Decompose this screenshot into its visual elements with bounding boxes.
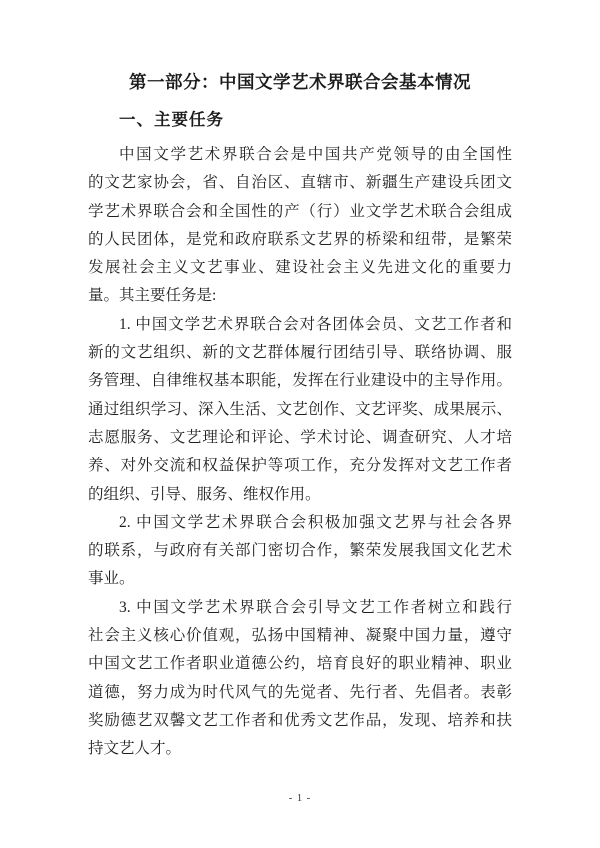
text-line: 社会主义核心价值观，弘扬中国精神、凝聚中国力量，遵守 bbox=[88, 622, 512, 650]
section-heading: 一、主要任务 bbox=[88, 107, 512, 133]
text-line: 的文艺家协会，省、自治区、直辖市、新疆生产建设兵团文 bbox=[88, 169, 512, 197]
text-line: 的组织、引导、服务、维权作用。 bbox=[88, 481, 512, 509]
text-line: 中国文学艺术界联合会是中国共产党领导的由全国性 bbox=[88, 141, 512, 169]
page-content: 第一部分：中国文学艺术界联合会基本情况 一、主要任务 中国文学艺术界联合会是中国… bbox=[0, 0, 600, 764]
text-line: 发展社会主义文艺事业、建设社会主义先进文化的重要力 bbox=[88, 254, 512, 282]
page-number: - 1 - bbox=[0, 793, 600, 804]
body-text: 中国文学艺术界联合会是中国共产党领导的由全国性的文艺家协会，省、自治区、直辖市、… bbox=[88, 141, 512, 764]
paragraph-2: 1. 中国文学艺术界联合会对各团体会员、文艺工作者和新的文艺组织、新的文艺群体履… bbox=[88, 311, 512, 509]
text-line: 学艺术界联合会和全国性的产（行）业文学艺术联合会组成 bbox=[88, 198, 512, 226]
text-line: 2. 中国文学艺术界联合会积极加强文艺界与社会各界 bbox=[88, 509, 512, 537]
text-line: 3. 中国文学艺术界联合会引导文艺工作者树立和践行 bbox=[88, 594, 512, 622]
paragraph-1: 中国文学艺术界联合会是中国共产党领导的由全国性的文艺家协会，省、自治区、直辖市、… bbox=[88, 141, 512, 311]
text-line: 持文艺人才。 bbox=[88, 735, 512, 763]
text-line: 事业。 bbox=[88, 565, 512, 593]
page-title: 第一部分：中国文学艺术界联合会基本情况 bbox=[88, 70, 512, 94]
text-line: 道德，努力成为时代风气的先觉者、先行者、先倡者。表彰 bbox=[88, 679, 512, 707]
paragraph-3: 2. 中国文学艺术界联合会积极加强文艺界与社会各界的联系，与政府有关部门密切合作… bbox=[88, 509, 512, 594]
text-line: 志愿服务、文艺理论和评论、学术讨论、调查研究、人才培 bbox=[88, 424, 512, 452]
text-line: 量。其主要任务是: bbox=[88, 282, 512, 310]
document-page: 第一部分：中国文学艺术界联合会基本情况 一、主要任务 中国文学艺术界联合会是中国… bbox=[0, 0, 600, 848]
text-line: 奖励德艺双馨文艺工作者和优秀文艺作品，发现、培养和扶 bbox=[88, 707, 512, 735]
text-line: 的人民团体，是党和政府联系文艺界的桥梁和纽带，是繁荣 bbox=[88, 226, 512, 254]
text-line: 通过组织学习、深入生活、文艺创作、文艺评奖、成果展示、 bbox=[88, 396, 512, 424]
text-line: 的联系，与政府有关部门密切合作，繁荣发展我国文化艺术 bbox=[88, 537, 512, 565]
text-line: 务管理、自律维权基本职能，发挥在行业建设中的主导作用。 bbox=[88, 367, 512, 395]
text-line: 新的文艺组织、新的文艺群体履行团结引导、联络协调、服 bbox=[88, 339, 512, 367]
text-line: 中国文艺工作者职业道德公约，培育良好的职业精神、职业 bbox=[88, 650, 512, 678]
text-line: 1. 中国文学艺术界联合会对各团体会员、文艺工作者和 bbox=[88, 311, 512, 339]
text-line: 养、对外交流和权益保护等项工作，充分发挥对文艺工作者 bbox=[88, 452, 512, 480]
paragraph-4: 3. 中国文学艺术界联合会引导文艺工作者树立和践行社会主义核心价值观，弘扬中国精… bbox=[88, 594, 512, 764]
